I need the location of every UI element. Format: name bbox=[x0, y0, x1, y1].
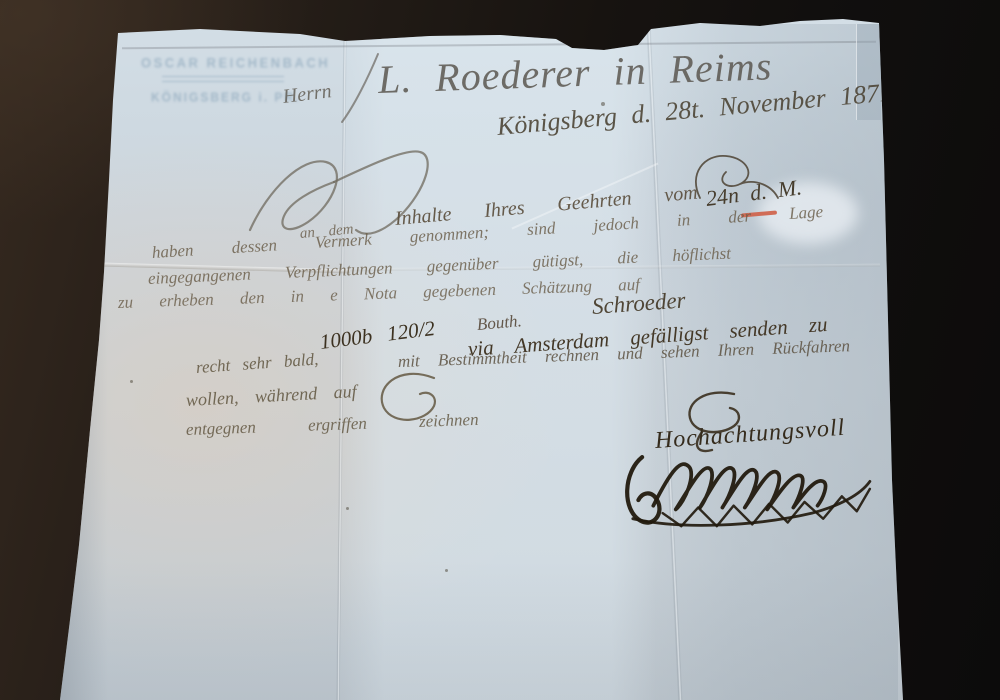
signature-scribble bbox=[616, 440, 896, 534]
photo-dark-table-background: OSCAR REICHENBACH KÖNIGSBERG i. PR. Herr… bbox=[0, 0, 1000, 700]
vertical-fold-line-left bbox=[336, 31, 347, 700]
paper-bottom-shading bbox=[60, 560, 905, 700]
ink-speck bbox=[130, 380, 133, 383]
bottles-abbreviation: Bouth. bbox=[476, 311, 522, 335]
loop-flourish-above-date bbox=[686, 148, 786, 206]
letterhead-stamp-rule bbox=[162, 76, 284, 83]
paper-left-edge-shadow bbox=[60, 33, 108, 700]
letter-paper: OSCAR REICHENBACH KÖNIGSBERG i. PR. Herr… bbox=[0, 0, 1000, 700]
salutation-prefix: Herrn bbox=[282, 80, 333, 109]
body-line7-left: recht sehr bald, bbox=[195, 349, 319, 378]
letterhead-stamp-line1: OSCAR REICHENBACH bbox=[141, 54, 330, 70]
ink-speck bbox=[445, 569, 448, 572]
quantity-line: 1000b 120/2 bbox=[318, 316, 436, 355]
pen-flourish-stroke bbox=[336, 50, 381, 128]
ink-speck bbox=[346, 507, 349, 510]
body-line9: entgegnen ergriffen zeichnen bbox=[186, 410, 479, 440]
body-line4-name: Schroeder bbox=[591, 287, 686, 319]
body-line8: wollen, während auf bbox=[185, 381, 357, 411]
letterhead-stamp-line2: KÖNIGSBERG i. PR. bbox=[151, 89, 300, 104]
